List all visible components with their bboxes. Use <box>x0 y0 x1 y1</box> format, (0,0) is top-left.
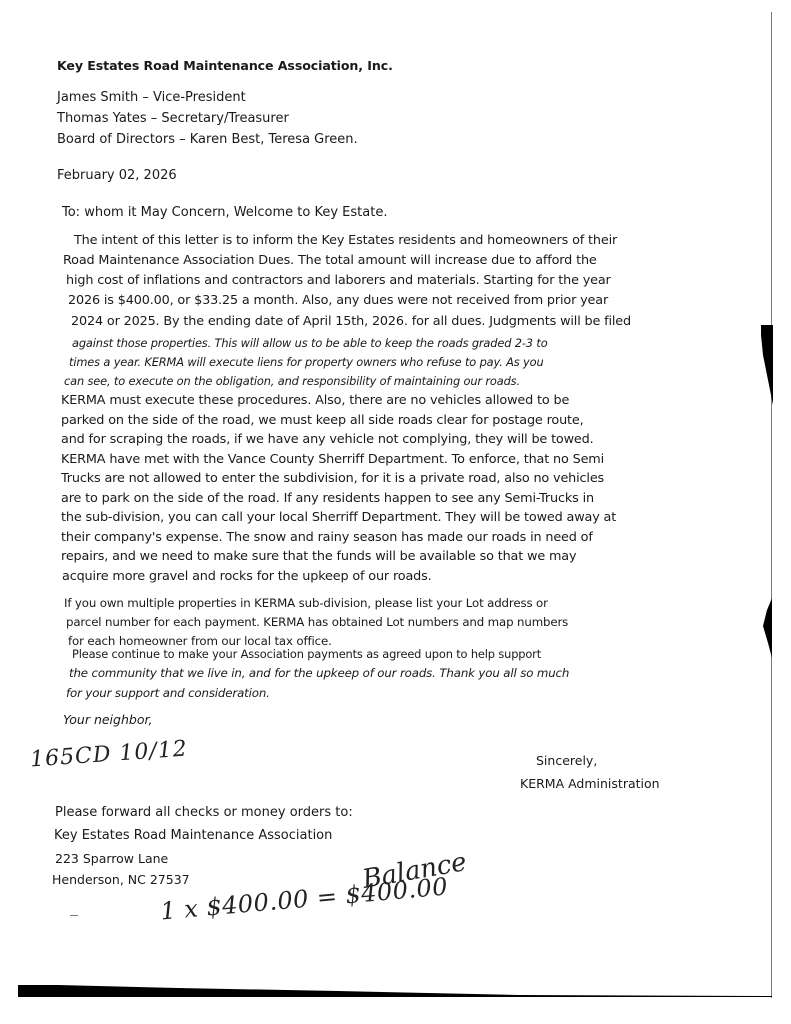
scan-edge-bottom <box>18 985 773 1001</box>
body-line: for each homeowner from our local tax of… <box>68 634 332 648</box>
body-line: Road Maintenance Association Dues. The t… <box>63 253 597 268</box>
body-line: parked on the side of the road, we must … <box>61 413 584 428</box>
handwritten-balance-calculation: 1 x $400.00 = $400.00 <box>159 872 449 925</box>
body-line: acquire more gravel and rocks for the up… <box>62 569 432 584</box>
greeting: To: whom it May Concern, Welcome to Key … <box>62 205 387 220</box>
remittance-name: Key Estates Road Maintenance Association <box>54 828 332 843</box>
body-line: Trucks are not allowed to enter the subd… <box>61 471 604 486</box>
board-of-directors: Board of Directors – Karen Best, Teresa … <box>57 132 358 147</box>
body-line: can see, to execute on the obligation, a… <box>64 374 520 388</box>
body-line: are to park on the side of the road. If … <box>61 491 594 506</box>
letter-page: Key Estates Road Maintenance Association… <box>0 0 791 1024</box>
closing-neighbor: Your neighbor, <box>63 712 152 727</box>
officer-secretary-treasurer: Thomas Yates – Secretary/Treasurer <box>57 111 289 126</box>
scan-edge-right <box>771 12 772 998</box>
body-line: 2026 is $400.00, or $33.25 a month. Also… <box>68 293 608 308</box>
handwritten-lot-code: 165CD 10/12 <box>29 737 188 773</box>
scan-artifact-mark <box>763 598 773 658</box>
remittance-city: Henderson, NC 27537 <box>52 872 190 887</box>
body-line: for your support and consideration. <box>66 686 270 700</box>
body-line: against those properties. This will allo… <box>72 336 548 350</box>
officer-vice-president: James Smith – Vice-President <box>57 90 246 105</box>
body-line: The intent of this letter is to inform t… <box>74 233 617 248</box>
closing-sincerely: Sincerely, <box>536 753 597 768</box>
remittance-street: 223 Sparrow Lane <box>55 851 168 866</box>
body-line: KERMA must execute these procedures. Als… <box>61 393 569 408</box>
signature-kerma-administration: KERMA Administration <box>520 776 660 791</box>
body-line: KERMA have met with the Vance County She… <box>61 452 604 467</box>
body-line: and for scraping the roads, if we have a… <box>61 432 594 447</box>
body-line: high cost of inflations and contractors … <box>66 273 611 288</box>
body-line: parcel number for each payment. KERMA ha… <box>66 615 568 629</box>
body-line: times a year. KERMA will execute liens f… <box>69 355 544 369</box>
stray-mark <box>70 915 78 916</box>
body-line: the community that we live in, and for t… <box>69 666 569 680</box>
letter-date: February 02, 2026 <box>57 168 177 183</box>
organization-title: Key Estates Road Maintenance Association… <box>57 58 393 73</box>
body-line: 2024 or 2025. By the ending date of Apri… <box>71 314 631 329</box>
body-line: repairs, and we need to make sure that t… <box>61 549 576 564</box>
body-line: Please continue to make your Association… <box>72 647 541 661</box>
body-line: the sub-division, you can call your loca… <box>61 510 616 525</box>
body-line: their company's expense. The snow and ra… <box>61 530 593 545</box>
remittance-instruction: Please forward all checks or money order… <box>55 805 353 820</box>
body-line: If you own multiple properties in KERMA … <box>64 596 548 610</box>
scan-artifact-mark <box>760 325 774 405</box>
